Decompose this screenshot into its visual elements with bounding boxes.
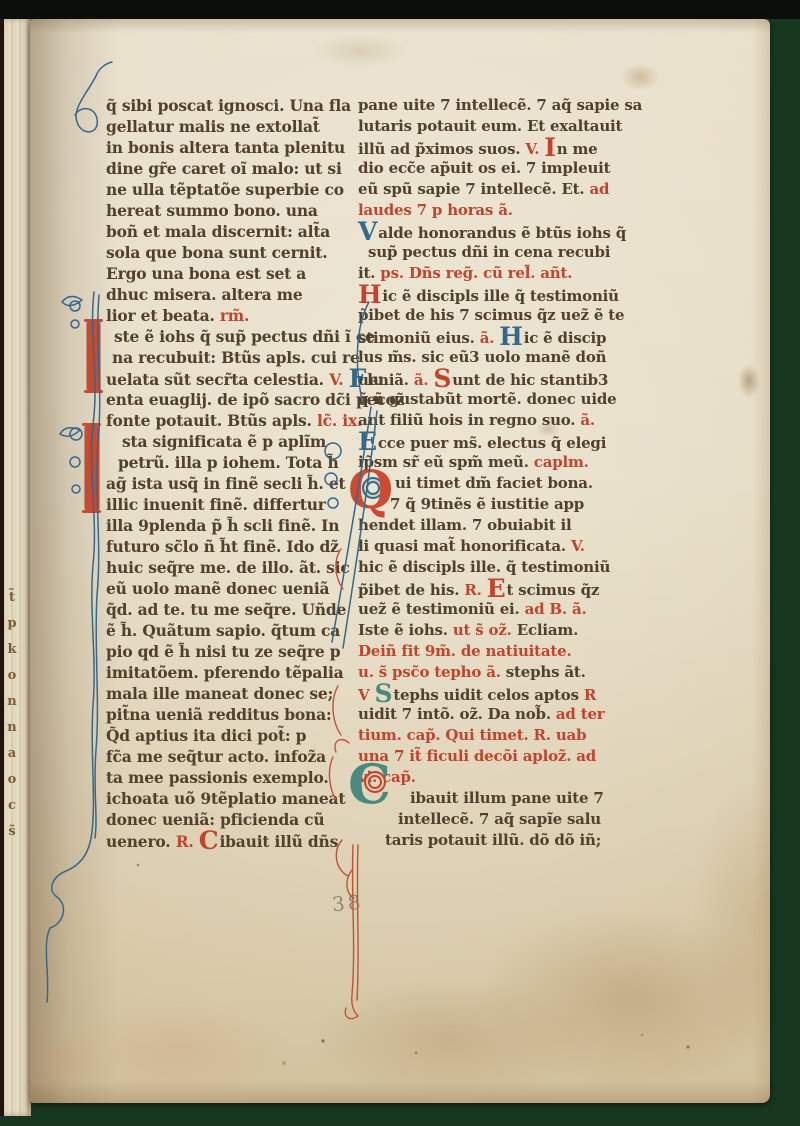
text-segment: ste ẽ iohs q̃ sup̃ pectus dñi ĩ ce [114, 327, 375, 346]
folio-number: 38 [331, 890, 364, 917]
manuscript-line: imitatõem. pferendo tẽpalia [106, 662, 360, 683]
text-segment: R. [464, 581, 486, 599]
text-segment: sta significata ẽ p aplĩm [122, 432, 326, 451]
text-segment: ne ulla tẽptatõe superbie co [106, 180, 344, 199]
fore-edge-letter: c [2, 793, 22, 819]
manuscript-line: li quasi mat̃ honorificata. V. [358, 536, 642, 557]
manuscript-line: huic seq̃re me. de illo. ãt. sic [106, 557, 360, 578]
text-segment: dine gr̃e caret oĩ malo: ut si [106, 159, 342, 178]
manuscript-line: q̃d. ad te. tu me seq̃re. Uñde [106, 599, 360, 620]
manuscript-line: Iste ẽ iohs. ut s̃ oz̃. Ecliam. [358, 620, 642, 641]
text-segment: fonte potauit. Btũs apls. [106, 411, 317, 430]
text-segment: ta mee passionis exemplo. [106, 768, 329, 787]
manuscript-line: uidit 7 intõ. oz̃. Da nob̃. ad ter [358, 704, 642, 725]
manuscript-line: Deiñ fit 9m̃. de natiuitate. [358, 641, 642, 662]
manuscript-line: illũ ad p̃ximos suos. V. In me [358, 137, 642, 158]
text-segment: tium. cap̃. Qui timet. R. uab [358, 726, 586, 744]
text-segment: p̃ibet de his. [358, 581, 464, 599]
text-segment: gellatur malis ne extollat̃ [106, 117, 320, 136]
text-segment: lc̃. ix. [317, 411, 362, 430]
manuscript-line: na recubuit: Btũs apls. cui re [106, 347, 360, 368]
text-segment: stephs ãt. [506, 663, 586, 681]
text-segment: ẽ h̃. Quãtum sapio. q̃tum ca [106, 621, 340, 640]
text-segment: V. [329, 370, 349, 389]
fore-edge-letter: a [2, 741, 22, 767]
manuscript-line: laudes 7 p horas ã. [358, 200, 642, 221]
text-segment: ag̃ ista usq̃ in finẽ secli h̃. et [106, 474, 345, 493]
initial-q-quitimet: Q [348, 459, 393, 523]
manuscript-line: vi. cap̃. [358, 767, 642, 788]
text-column-right: pane uite 7 intellecẽ. 7 aq̃ sapie salut… [358, 95, 642, 851]
manuscript-page: q̃ sibi poscat ignosci. Una flagellatur … [30, 19, 770, 1103]
manuscript-line: boñ et mala discernit: alt̃a [106, 221, 360, 242]
text-segment: petrũ. illa p iohem. Tota h̃ [118, 453, 339, 472]
text-segment: ic ẽ discip [524, 329, 607, 347]
manuscript-line: Q̃d aptius ita dici pot̃: p [106, 725, 360, 746]
text-segment: mala ille maneat donec se; [106, 684, 333, 703]
text-segment: uez̃ ẽ testimoniũ ei. [358, 600, 525, 618]
text-segment: taris potauit illũ. dõ dõ iñ; [385, 831, 601, 849]
manuscript-line: dhuc misera. altera me [106, 284, 360, 305]
initial-glyph: Q [348, 460, 393, 521]
manuscript-line: ui timet dm̃ faciet bona. [358, 473, 642, 494]
text-segment: ps. Dñs reg̃. cũ rel̃. añt. [380, 264, 572, 282]
manuscript-line: 7 q̃ 9tinẽs ẽ iustitie app [358, 494, 642, 515]
manuscript-line: uenero. R. Cibauit illũ dñs [106, 830, 360, 851]
text-segment: q̃ sibi poscat ignosci. Una fla [106, 96, 351, 115]
manuscript-line: stimoniũ eius. ã. Hic ẽ discip [358, 326, 642, 347]
text-segment: t scimus q̃z [507, 581, 600, 599]
text-segment: illa 9plenda p̃ h̃ scli finẽ. In [106, 516, 339, 535]
text-segment: na recubuit: Btũs apls. cui re [112, 348, 360, 367]
manuscript-line: it. ps. Dñs reg̃. cũ rel̃. añt. [358, 263, 642, 284]
text-segment: hic ẽ discipls ille. q̃ testimoniũ [358, 558, 610, 576]
manuscript-line: dine gr̃e caret oĩ malo: ut si [106, 158, 360, 179]
text-segment: Ergo una bona est set a [106, 264, 306, 283]
manuscript-line: illic inuenit finẽ. differtur [106, 494, 360, 515]
text-segment: cce puer ms̃. electus q̃ elegi [378, 434, 606, 452]
manuscript-line: enta euaglij. de ipõ sacro dc̃i pecoz̃ [106, 389, 360, 410]
text-segment: in bonis altera tanta plenitu [106, 138, 345, 157]
manuscript-line: pio qd ẽ h̃ nisi tu ze seq̃re p [106, 641, 360, 662]
manuscript-line: V Stephs uidit celos aptos R [358, 683, 642, 704]
text-segment: ã. [480, 329, 500, 347]
manuscript-line: eũ spũ sapie 7 intellecẽ. Et. ad [358, 179, 642, 200]
manuscript-line: tium. cap̃. Qui timet. R. uab [358, 725, 642, 746]
text-segment: ad ter [556, 705, 605, 723]
manuscript-line: lutaris potauit eum. Et exaltauit [358, 116, 642, 137]
fore-edge-text: t̃pkonnaocs̃ [2, 585, 22, 845]
text-segment: stimoniũ eius. [358, 329, 480, 347]
text-segment: pit̃na ueniã redditus bona: [106, 705, 331, 724]
fore-edge-letter: p [2, 611, 22, 637]
text-segment: fc̃a me seq̃tur acto. infoz̃a [106, 747, 326, 766]
manuscript-line: ta mee passionis exemplo. [106, 767, 360, 788]
text-segment: ueniã. [358, 371, 414, 389]
manuscript-line: gellatur malis ne extollat̃ [106, 116, 360, 137]
manuscript-line: fc̃a me seq̃tur acto. infoz̃a [106, 746, 360, 767]
text-segment: q̃ ñ gustabũt mortẽ. donec uide [358, 390, 617, 408]
text-segment: ad B. ã. [525, 600, 587, 618]
fore-edge-letter: k [2, 637, 22, 663]
manuscript-line: q̃ ñ gustabũt mortẽ. donec uide [358, 389, 642, 410]
initial-glyph: C [348, 752, 391, 816]
initial-i-iste [87, 321, 100, 391]
manuscript-line: sup̃ pectus dñi in cena recubi [358, 242, 642, 263]
manuscript-line: ibauit illum pane uite 7 [358, 788, 642, 809]
fore-edge-letter: o [2, 663, 22, 689]
manuscript-line: in bonis altera tanta plenitu [106, 137, 360, 158]
text-segment: boñ et mala discernit: alt̃a [106, 222, 330, 241]
initial-c-cibauit: C [348, 751, 391, 817]
manuscript-line: ichoata uõ 9tẽplatio maneat [106, 788, 360, 809]
manuscript-line: Hic ẽ discipls ille q̃ testimoniũ [358, 284, 642, 305]
text-segment: hereat summo bono. una [106, 201, 318, 220]
text-segment: R [584, 686, 596, 704]
text-segment: Deiñ fit 9m̃. de natiuitate. [358, 642, 571, 660]
manuscript-line: pane uite 7 intellecẽ. 7 aq̃ sapie sa [358, 95, 642, 116]
text-segment: huic seq̃re me. de illo. ãt. sic [106, 558, 350, 577]
text-segment: pane uite 7 intellecẽ. 7 aq̃ sapie sa [358, 96, 642, 114]
text-segment: imitatõem. pferendo tẽpalia [106, 663, 344, 682]
text-segment: ad [589, 180, 609, 198]
manuscript-line: una 7 it̃ ficuli decõi aploz̃. ad [358, 746, 642, 767]
text-segment: pio qd ẽ h̃ nisi tu ze seq̃re p [106, 642, 340, 661]
manuscript-line: ag̃ ista usq̃ in finẽ secli h̃. et [106, 473, 360, 494]
manuscript-line: p̃ibet de his. R. Et scimus q̃z [358, 578, 642, 599]
text-segment: eũ spũ sapie 7 intellecẽ. Et. [358, 180, 589, 198]
text-segment: ibauit illũ dñs [219, 832, 338, 851]
inline-initial: C [199, 826, 220, 855]
text-segment: R. [176, 832, 199, 851]
text-column-left: q̃ sibi poscat ignosci. Una flagellatur … [106, 95, 360, 851]
manuscript-line: ip̃sm sr̃ eũ spm̃ meũ. caplm. [358, 452, 642, 473]
fore-edge-letter: n [2, 689, 22, 715]
text-segment: tephs uidit celos aptos [393, 686, 584, 704]
manuscript-line: lior et beata. rm̃. [106, 305, 360, 326]
text-segment: ibauit illum pane uite 7 [410, 789, 604, 807]
text-segment: lus m̃s. sic eũ3 uolo manẽ doñ [358, 348, 606, 366]
text-segment: intellecẽ. 7 aq̃ sapĩe salu [398, 810, 601, 828]
manuscript-line: uez̃ ẽ testimoniũ ei. ad B. ã. [358, 599, 642, 620]
text-segment: laudes 7 p horas ã. [358, 201, 513, 219]
manuscript-line: petrũ. illa p iohem. Tota h̃ [106, 452, 360, 473]
manuscript-line: fonte potauit. Btũs apls. lc̃. ix. [106, 410, 360, 431]
text-segment: V. [525, 140, 544, 158]
manuscript-line: ste ẽ iohs q̃ sup̃ pectus dñi ĩ ce [106, 326, 360, 347]
manuscript-line: ẽ h̃. Quãtum sapio. q̃tum ca [106, 620, 360, 641]
text-segment: Iste ẽ iohs. [358, 621, 453, 639]
manuscript-line: ueniã. ã. Sunt de hic stantib3 [358, 368, 642, 389]
text-segment: li quasi mat̃ honorificata. [358, 537, 571, 555]
scan-border-bar [0, 0, 800, 19]
text-segment: dhuc misera. altera me [106, 285, 303, 304]
fore-edge-letter: s̃ [2, 819, 22, 845]
fore-edge-letter: n [2, 715, 22, 741]
manuscript-line: Ergo una bona est set a [106, 263, 360, 284]
manuscript-line: ne ulla tẽptatõe superbie co [106, 179, 360, 200]
manuscript-line: uelata sũt secr̃ta celestia. V. Flu [106, 368, 360, 389]
text-segment: dio ecc̃e ap̃uit os ei. 7 impleuit [358, 159, 610, 177]
text-segment: ichoata uõ 9tẽplatio maneat [106, 789, 345, 808]
manuscript-line: Ecce puer ms̃. electus q̃ elegi [358, 431, 642, 452]
text-segment: ui timet dm̃ faciet bona. [395, 474, 593, 492]
text-segment: rm̃. [220, 306, 249, 325]
text-segment: V [358, 686, 374, 704]
text-segment: una 7 it̃ ficuli decõi aploz̃. ad [358, 747, 596, 765]
manuscript-line: u. s̃ psc̃o tepho ã. stephs ãt. [358, 662, 642, 683]
text-segment: eũ uolo manẽ donec ueniã [106, 579, 329, 598]
text-segment: sola que bona sunt cernit. [106, 243, 327, 262]
text-segment: lutaris potauit eum. Et exaltauit [358, 117, 622, 135]
manuscript-line: intellecẽ. 7 aq̃ sapĩe salu [358, 809, 642, 830]
text-segment: alde honorandus ẽ btũs iohs q̃ [378, 224, 626, 242]
text-segment: illic inuenit finẽ. differtur [106, 495, 326, 514]
text-segment: ã. [580, 411, 595, 429]
manuscript-line: hendet illam. 7 obuiabit il [358, 515, 642, 536]
text-segment: n me [557, 140, 598, 158]
text-segment: 7 q̃ 9tinẽs ẽ iustitie app [390, 495, 584, 513]
manuscript-line: illa 9plenda p̃ h̃ scli finẽ. In [106, 515, 360, 536]
manuscript-line: donec ueniã: pficienda cũ [106, 809, 360, 830]
manuscript-line: eũ uolo manẽ donec ueniã [106, 578, 360, 599]
text-segment: q̃d. ad te. tu me seq̃re. Uñde [106, 600, 346, 619]
initial-i-ista [85, 425, 99, 511]
manuscript-line: taris potauit illũ. dõ dõ iñ; [358, 830, 642, 851]
text-segment: Q̃d aptius ita dici pot̃: p [106, 726, 306, 745]
manuscript-line: mala ille maneat donec se; [106, 683, 360, 704]
manuscript-line: pit̃na ueniã redditus bona: [106, 704, 360, 725]
text-segment: lior et beata. [106, 306, 220, 325]
manuscript-line: sola que bona sunt cernit. [106, 242, 360, 263]
text-segment: ut s̃ oz̃. [453, 621, 517, 639]
text-segment: ant filiũ hois in regno suo. [358, 411, 580, 429]
manuscript-line: dio ecc̃e ap̃uit os ei. 7 impleuit [358, 158, 642, 179]
book-cover-edge [0, 19, 4, 1116]
text-segment: uidit 7 intõ. oz̃. Da nob̃. [358, 705, 556, 723]
text-segment: ic ẽ discipls ille q̃ testimoniũ [382, 287, 618, 305]
text-segment: uenero. [106, 832, 176, 851]
text-segment: futuro sc̃lo ñ h̃t finẽ. Ido dz̃ [106, 537, 339, 556]
book-edge: t̃pkonnaocs̃ [0, 19, 31, 1116]
fore-edge-letter: t̃ [2, 585, 22, 611]
text-segment: sup̃ pectus dñi in cena recubi [368, 243, 610, 261]
text-segment: Ecliam. [517, 621, 578, 639]
text-segment: p̃ibet de his 7 scimus q̃z uez̃ ẽ te [358, 306, 624, 324]
text-segment: V. [571, 537, 585, 555]
manuscript-line: sta significata ẽ p aplĩm [106, 431, 360, 452]
manuscript-line: lus m̃s. sic eũ3 uolo manẽ doñ [358, 347, 642, 368]
manuscript-photo: t̃pkonnaocs̃ q̃ sibi poscat ignosci. Una… [0, 0, 800, 1126]
text-segment: caplm. [534, 453, 589, 471]
manuscript-line: ant filiũ hois in regno suo. ã. [358, 410, 642, 431]
manuscript-line: q̃ sibi poscat ignosci. Una fla [106, 95, 360, 116]
manuscript-line: futuro sc̃lo ñ h̃t finẽ. Ido dz̃ [106, 536, 360, 557]
fore-edge-letter: o [2, 767, 22, 793]
manuscript-line: Valde honorandus ẽ btũs iohs q̃ [358, 221, 642, 242]
text-segment: illũ ad p̃ximos suos. [358, 140, 525, 158]
text-segment: uelata sũt secr̃ta celestia. [106, 370, 329, 389]
text-segment: ã. [414, 371, 434, 389]
manuscript-line: hereat summo bono. una [106, 200, 360, 221]
text-segment: unt de hic stantib3 [452, 371, 608, 389]
